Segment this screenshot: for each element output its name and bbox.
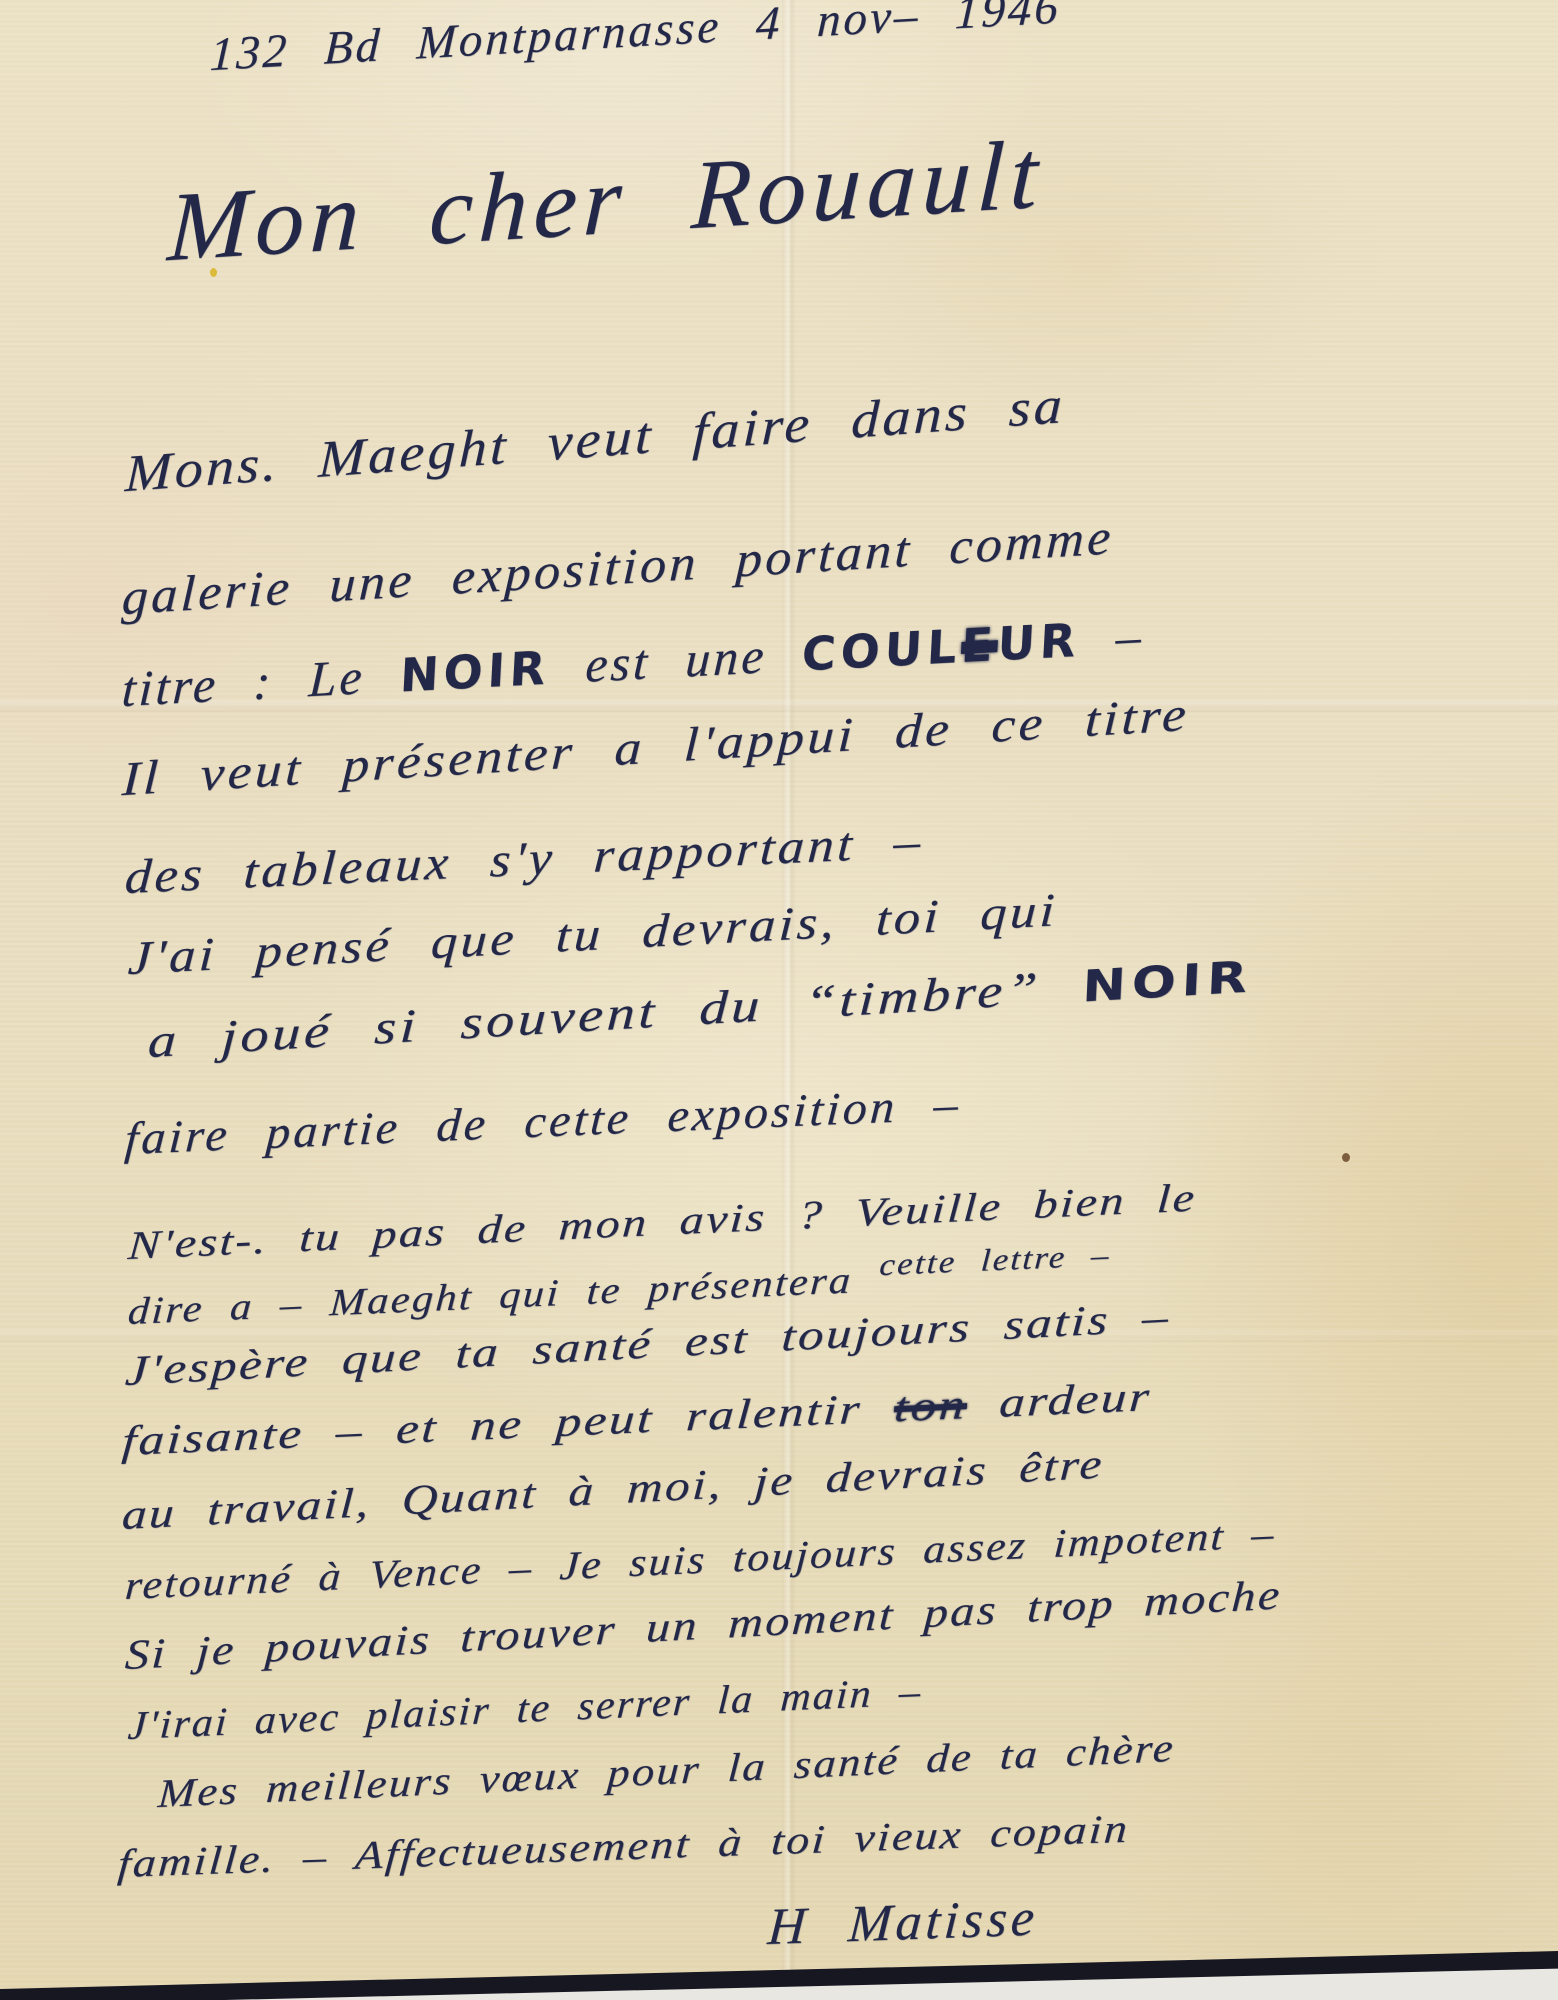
word-couleur-part: UR [996, 613, 1082, 672]
letter-line: famille. – Affectueusement à toi vieux c… [116, 1805, 1131, 1887]
letter-paper: 132 Bd Montparnasse 4 nov– 1946 Mon cher… [0, 0, 1558, 2000]
letter-line: faire partie de cette exposition – [123, 1077, 962, 1165]
inserted-words: cette lettre – [878, 1237, 1111, 1282]
word-noir: NOIR [1081, 952, 1254, 1012]
scribbled-letter: E [960, 617, 999, 673]
word-noir: NOIR [399, 640, 552, 702]
letter-line-text: ardeur [966, 1374, 1153, 1428]
letter-line: des tableaux s'y rapportant – [123, 814, 925, 905]
address-date-line: 132 Bd Montparnasse 4 nov– 1946 [209, 0, 1063, 82]
letter-line-text: – [1079, 607, 1145, 667]
letter-line: J'irai avec plaisir te serrer la main – [127, 1667, 924, 1749]
letter-line: Mons. Maeght veut faire dans sa [124, 376, 1066, 504]
salutation: Mon cher Rouault [166, 118, 1046, 284]
scribbled-word: ton [893, 1382, 969, 1431]
letter-line-text: est une [549, 625, 804, 694]
letter-line-text: faisante – et ne peut ralentir [121, 1385, 896, 1465]
letter-line: galerie une exposition portant comme [121, 507, 1115, 626]
paper-fleck [1342, 1153, 1350, 1162]
letter-scan: 132 Bd Montparnasse 4 nov– 1946 Mon cher… [0, 0, 1558, 2000]
word-couleur-part: COUL [801, 619, 963, 682]
signature: H Matisse [766, 1888, 1040, 1957]
